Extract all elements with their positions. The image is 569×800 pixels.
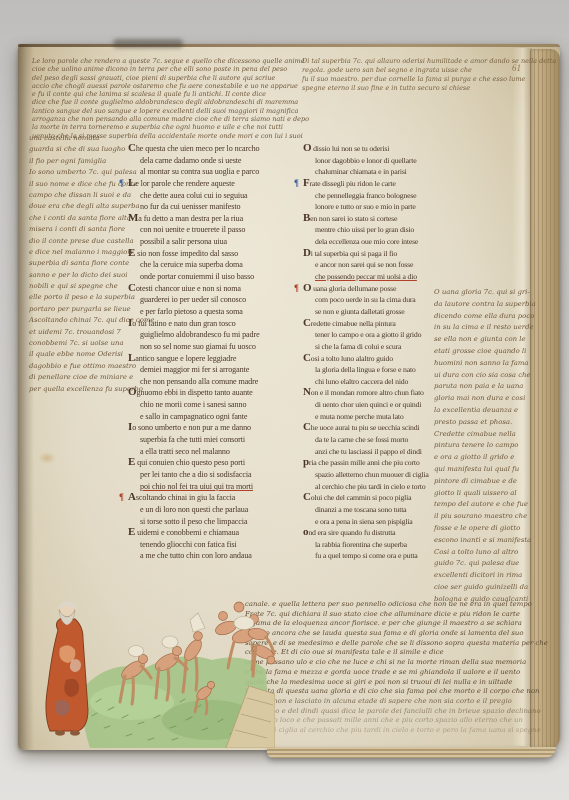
gloss-line: Di tal superbia 7c. qui allauro oderisi … xyxy=(302,57,552,66)
gloss-line: dio il conte prese due castella xyxy=(29,236,127,247)
verse-line: Lantico sangue e lopere leggiadre xyxy=(128,353,306,365)
gloss-line: Ascoltando chinai 7c. qui dice come xyxy=(29,315,127,326)
gloss-line: di penellare cioe de miniare e xyxy=(29,372,127,383)
boulder xyxy=(234,617,254,630)
verse-line: E uidemi e conobbemi e chiamaua xyxy=(128,527,306,539)
gloss-line: portaro per purgarla se lieue xyxy=(29,304,127,315)
gloss-line: cioe che uolino anime dicono in terra pe… xyxy=(32,65,342,73)
verse-line: Io sono umberto e non pur a me danno xyxy=(128,422,306,434)
gloss-line: campo che dissan li suoi e da xyxy=(29,190,127,201)
verse-line: guarderei io per ueder sil conosco xyxy=(128,294,306,306)
gloss-line: etati grosse cioe quando li xyxy=(434,346,534,358)
manuscript-photo-backdrop: 61 Le loro parole che rendero a queste 7… xyxy=(0,0,569,800)
gloss-line: come passano ulo e cio che ne luce e chi… xyxy=(245,658,561,668)
verse-line: chi luno elaltro caccera del nido xyxy=(303,376,443,388)
gloss-line: tempo del autore e che fue xyxy=(434,499,534,511)
verse-line: al montar su contra sua uoglia e parco xyxy=(128,166,306,178)
verse-line: e muta nome perche muta lato xyxy=(303,411,443,423)
verse-line: e ora a pena in siena sen pispiglia xyxy=(303,516,443,528)
verse-line: com poco uerde in su la cima dura xyxy=(303,294,443,306)
gloss-line: doue era che degli alta superba xyxy=(29,201,127,212)
gloss-line: il quale ebbe nome Oderisi xyxy=(29,349,127,360)
gloss-line: da lautore contra la superbia xyxy=(434,299,534,311)
gloss-line: la morte in terra torneremo e superbia c… xyxy=(32,123,342,131)
verse-line: tener lo campo e ora a giotto il grido xyxy=(303,329,443,341)
verse-line: a ella tratti seco nel malanno xyxy=(128,446,306,458)
gloss-line: il suo nome e dice che fu conte xyxy=(29,179,127,190)
verse-line: Credette cimabue nella pintura xyxy=(303,318,443,330)
page-edges-bottom xyxy=(267,747,556,758)
verse-line: Che questa che uien meco per lo ncarcho xyxy=(128,143,306,155)
page-edge-shadow xyxy=(113,39,183,48)
verse-line: lonor dagobbio e lonor di quellarte xyxy=(303,155,443,167)
gloss-line: e che la fama e mezza e gorda uoce trade… xyxy=(245,668,561,678)
gloss-line: giotto li quali uissero al xyxy=(434,488,534,500)
verse-line: Colui che del cammin si poco piglia xyxy=(303,492,443,504)
verse-line: tenendo gliocchi con fatica fisi xyxy=(128,539,306,551)
gloss-line: dura se non e lasciato in alcuna etade d… xyxy=(245,697,561,707)
verse-line: si torse sotto il peso che limpaccia xyxy=(128,516,306,528)
gloss-line: mouer di ciglia al cerchio che piu tardi… xyxy=(245,726,561,736)
verse-line: onde portar conuiemmi il uiso basso xyxy=(128,271,306,283)
gloss-line: misera i conti di santa fiore xyxy=(29,224,127,235)
verse-line: E sio non fosse impedito dal sasso xyxy=(128,248,306,260)
gloss-line: quale che la medesima uoce si giri e poi… xyxy=(245,678,561,688)
gloss-line: conobbemi 7c. si uolse una xyxy=(29,338,127,349)
verse-line: chaluminar chiamata e in parisi xyxy=(303,166,443,178)
verse-line: a me che tutto chin con loro andaua xyxy=(128,550,306,562)
verse-line: E qui conuien chio questo peso porti xyxy=(128,457,306,469)
gloss-line: Credette cimabue nella xyxy=(434,429,534,441)
gloss-line: accio che chogli auessi parole ostaremo … xyxy=(32,82,342,90)
boulder xyxy=(162,636,178,648)
boulder xyxy=(190,613,205,632)
gloss-line: lantico sangue del suo sangue e lopere e… xyxy=(32,107,342,115)
verse-line: da te la carne che se fossi morto xyxy=(303,434,443,446)
verse-line: al cerchio che piu tardi in cielo e tort… xyxy=(303,481,443,493)
verse-line: O dissio lui non se tu oderisi xyxy=(303,143,443,155)
red-paraph-mark: ¶ xyxy=(294,283,299,295)
verse-line: Ben non sarei io stato si cortese xyxy=(303,213,443,225)
verse-line: superbia fa che tutti miei consorti xyxy=(128,434,306,446)
verse-line: Cotesti chancor uiue e non si noma xyxy=(128,283,306,295)
verse-line: Non e il mondan romore altro chun fiato xyxy=(303,387,443,399)
verse-line: che non pensando alla comune madre xyxy=(128,376,306,388)
gloss-line: guido 7c. qui palesa due xyxy=(434,558,534,570)
verse-line: e un di loro non questi che parlaua xyxy=(128,504,306,516)
gloss-line: pintura tenere lo campo xyxy=(434,440,534,452)
gloss-line: la fama de la eloquenza ancor fiorisce. … xyxy=(245,619,561,629)
gloss-line: qui manifesta lui qual fu xyxy=(434,464,534,476)
verse-line: lonore e tutto or suo e mio in parte xyxy=(303,201,443,213)
gloss-line: per quella excellenza fu superbo xyxy=(29,384,127,395)
gloss-line: dice che fue il conte guglielmo aldobran… xyxy=(32,98,342,106)
verse-line: possibil a salir persona uiua xyxy=(128,236,306,248)
commentary-left-margin: una castella nomataguarda si che di sua … xyxy=(29,133,127,395)
verse-line: che dette auea colui cui io seguiua xyxy=(128,190,306,202)
verse-line: non so sel nome suo giamai fu uosco xyxy=(128,341,306,353)
gloss-line: ui dura con cio sia cosa che xyxy=(434,370,534,382)
gloss-line: e ora a giotto il grido e xyxy=(434,452,534,464)
verse-line: dinanzi a me toscana sono tutta xyxy=(303,504,443,516)
gloss-line: superbia di santa fiore conte xyxy=(29,258,127,269)
gloss-line: excellenti dicitori in rima xyxy=(434,570,534,582)
robed-elder-figure xyxy=(46,601,88,736)
verse-line: Io fui latino e nato dun gran tosco xyxy=(128,318,306,330)
gloss-line: dicendo come ella dura poco xyxy=(434,311,534,323)
verse-line: poi chio nol fei tra uiui qui tra morti xyxy=(128,481,306,493)
verse-line: Cosi a tolto luno alaltro guido xyxy=(303,353,443,365)
gloss-line: escono inanti e si manifesta xyxy=(434,535,534,547)
verse-line: e ancor non sarei qui se non fosse xyxy=(303,259,443,271)
gloss-line: la uerita di questa uana gloria e di cio… xyxy=(245,687,561,697)
gloss-line: fosse e le opere di giotto xyxy=(434,523,534,535)
gloss-line: il fio per ogni famiglia xyxy=(29,156,127,167)
commentary-right-margin: O uana gloria 7c. qui si gri-da lautore … xyxy=(434,287,534,606)
gloss-line: elle porto il peso e la superbia xyxy=(29,292,127,303)
verse-line: e per farlo pietoso a questa soma xyxy=(128,306,306,318)
gloss-line: fu il suo maestro. per due cornelle la f… xyxy=(302,75,552,84)
boulder xyxy=(129,646,144,657)
verse-line: anzi che tu lasciassi il pappo el dindi xyxy=(303,446,443,458)
gloss-line: dagobbio e fue ottimo maestro xyxy=(29,361,127,372)
verse-line: pria che passin mille anni che piu corto xyxy=(303,457,443,469)
gloss-line: e dice nel malanno i maggiori xyxy=(29,247,127,258)
verse-line: guiglielmo aldobrandesco fu mi padre xyxy=(128,329,306,341)
gloss-line: Frate 7c. qui dichiara il suo stato cioe… xyxy=(245,610,561,620)
gloss-line: presto passa et phosa. xyxy=(434,417,534,429)
verse-line: mentre chio uissi per lo gran disio xyxy=(303,224,443,236)
gloss-line: gloria mai non dura e cosi xyxy=(434,393,534,405)
verse-line: con noi uenite e trouerete il passo xyxy=(128,224,306,236)
gloss-line: del peso degli sassi grauati, cioe pieni… xyxy=(32,74,342,82)
gloss-line: che i conti da santa fiore alta xyxy=(29,213,127,224)
verse-line: se non e giunta dalletati grosse xyxy=(303,306,443,318)
gloss-line: huomini non sanno la fama xyxy=(434,358,534,370)
gloss-line: arroganza che non pensando alla comune m… xyxy=(32,115,342,123)
gloss-line: del pappo e del dindi quasi dica le paro… xyxy=(245,707,561,717)
verse-line: di uento chor uien quinci e or quindi xyxy=(303,399,443,411)
gloss-line: O uana gloria 7c. qui si gri- xyxy=(434,287,534,299)
gloss-line: e fu il conte qui che lanima si scalesa … xyxy=(32,90,342,98)
verse-line: Ognuomo ebbi in dispetto tanto auante xyxy=(128,387,306,399)
gloss-line: conuiene. Et di cio oue si manifesta tal… xyxy=(245,648,561,658)
blue-paraph-mark: ¶ xyxy=(294,178,299,190)
verse-line: spazio alletterno chun muouer di ciglia xyxy=(303,469,443,481)
gloss-line: spegne eterno il suo fine e in tutto sec… xyxy=(302,84,552,93)
commentary-top-right: Di tal superbia 7c. qui allauro oderisi … xyxy=(302,57,552,93)
gloss-line: et uidemi 7c. trouandosi 7 xyxy=(29,327,127,338)
gloss-line: sanno e per lo dicto dei suoi xyxy=(29,270,127,281)
gloss-line: pintore di cimabue e de xyxy=(434,476,534,488)
gloss-line: sapere. e di se medesimo e delle parole … xyxy=(245,639,561,649)
gloss-line: Le loro parole che rendero a queste 7c. … xyxy=(32,57,342,65)
verse-line: ¶O uana gloria dellumane posse xyxy=(303,283,443,295)
commentary-top-left: Le loro parole che rendero a queste 7c. … xyxy=(32,57,342,140)
blue-paraph-mark: ¶ xyxy=(119,178,124,190)
gloss-line: guarda si che di sua luogho xyxy=(29,144,127,155)
verse-line: Che uoce aurai tu piu se uecchia scindi xyxy=(303,422,443,434)
verse-line: per lei tanto che a dio si sodisfaccia xyxy=(128,469,306,481)
page-top-edge xyxy=(18,44,560,47)
verse-column-right: O dissio lui non se tu oderisilonor dago… xyxy=(303,143,443,562)
verse-line: Di tal superbia qui si paga il fio xyxy=(303,248,443,260)
verse-line: la rabbia fiorentina che superba xyxy=(303,539,443,551)
verse-line: che la ceruice mia superba doma xyxy=(128,259,306,271)
gloss-line: il piu sourano maestro che xyxy=(434,511,534,523)
gloss-line: canale. e quella lettera per suo pennell… xyxy=(245,600,561,610)
red-paraph-mark: ¶ xyxy=(119,492,124,504)
gloss-line: se ella non e giunta con le xyxy=(434,334,534,346)
gloss-line: il lauro ancora che se lauda questa sua … xyxy=(245,629,561,639)
verse-column-left: Che questa che uien meco per lo ncarchod… xyxy=(128,143,306,562)
gloss-line: regola. gode uero san bel segno e ingrat… xyxy=(302,66,552,75)
verse-line: che pennelleggia franco bolognese xyxy=(303,190,443,202)
commentary-bottom: canale. e quella lettera per suo pennell… xyxy=(245,600,561,736)
verse-line: dela carne dadamo onde si ueste xyxy=(128,155,306,167)
gloss-line: e mutano loco e che passati mille anni c… xyxy=(245,716,561,726)
verse-line: ¶Frate dissegli piu ridon le carte xyxy=(303,178,443,190)
verse-line: ¶Le lor parole che rendere aqueste xyxy=(128,178,306,190)
verse-line: fu a quel tempo si come ora e putta xyxy=(303,550,443,562)
verse-line: e sallo in campagnatico ogni fante xyxy=(128,411,306,423)
gloss-line: Cosi a tolto luno al altro xyxy=(434,547,534,559)
gloss-line: paruta non paia e la uana xyxy=(434,381,534,393)
gloss-line: in su la cima e il resto uerde xyxy=(434,322,534,334)
gloss-line: cioe ser guido guinizelli da xyxy=(434,582,534,594)
verse-line: dela eccellenza oue mio core intese xyxy=(303,236,443,248)
parchment-stain xyxy=(38,452,56,464)
gloss-line: la excellentia deuanza e xyxy=(434,405,534,417)
verse-line: si che la fama di colui e scura xyxy=(303,341,443,353)
gloss-line: Io sono umberto 7c. qui palesa xyxy=(29,167,127,178)
verse-line: chio ne morii come i sanesi sanno xyxy=(128,399,306,411)
manuscript-page: 61 Le loro parole che rendero a queste 7… xyxy=(18,44,560,750)
verse-line: Ma fu detto a man destra per la riua xyxy=(128,213,306,225)
verse-line: la gloria della lingua e forse e nato xyxy=(303,364,443,376)
verse-line: no fur da cui uenisser manifesto xyxy=(128,201,306,213)
verse-line: che possendo peccar mi uolsi a dio xyxy=(303,271,443,283)
miniature-illustration xyxy=(30,590,275,748)
verse-line: ond era sire quando fu distrutta xyxy=(303,527,443,539)
verse-line: ¶Ascoltando chinai in giu la faccia xyxy=(128,492,306,504)
gloss-line: nobili e qui si spegne che xyxy=(29,281,127,292)
gloss-line: una castella nomata xyxy=(29,133,127,144)
verse-line: demiei maggior mi fer si arrogante xyxy=(128,364,306,376)
